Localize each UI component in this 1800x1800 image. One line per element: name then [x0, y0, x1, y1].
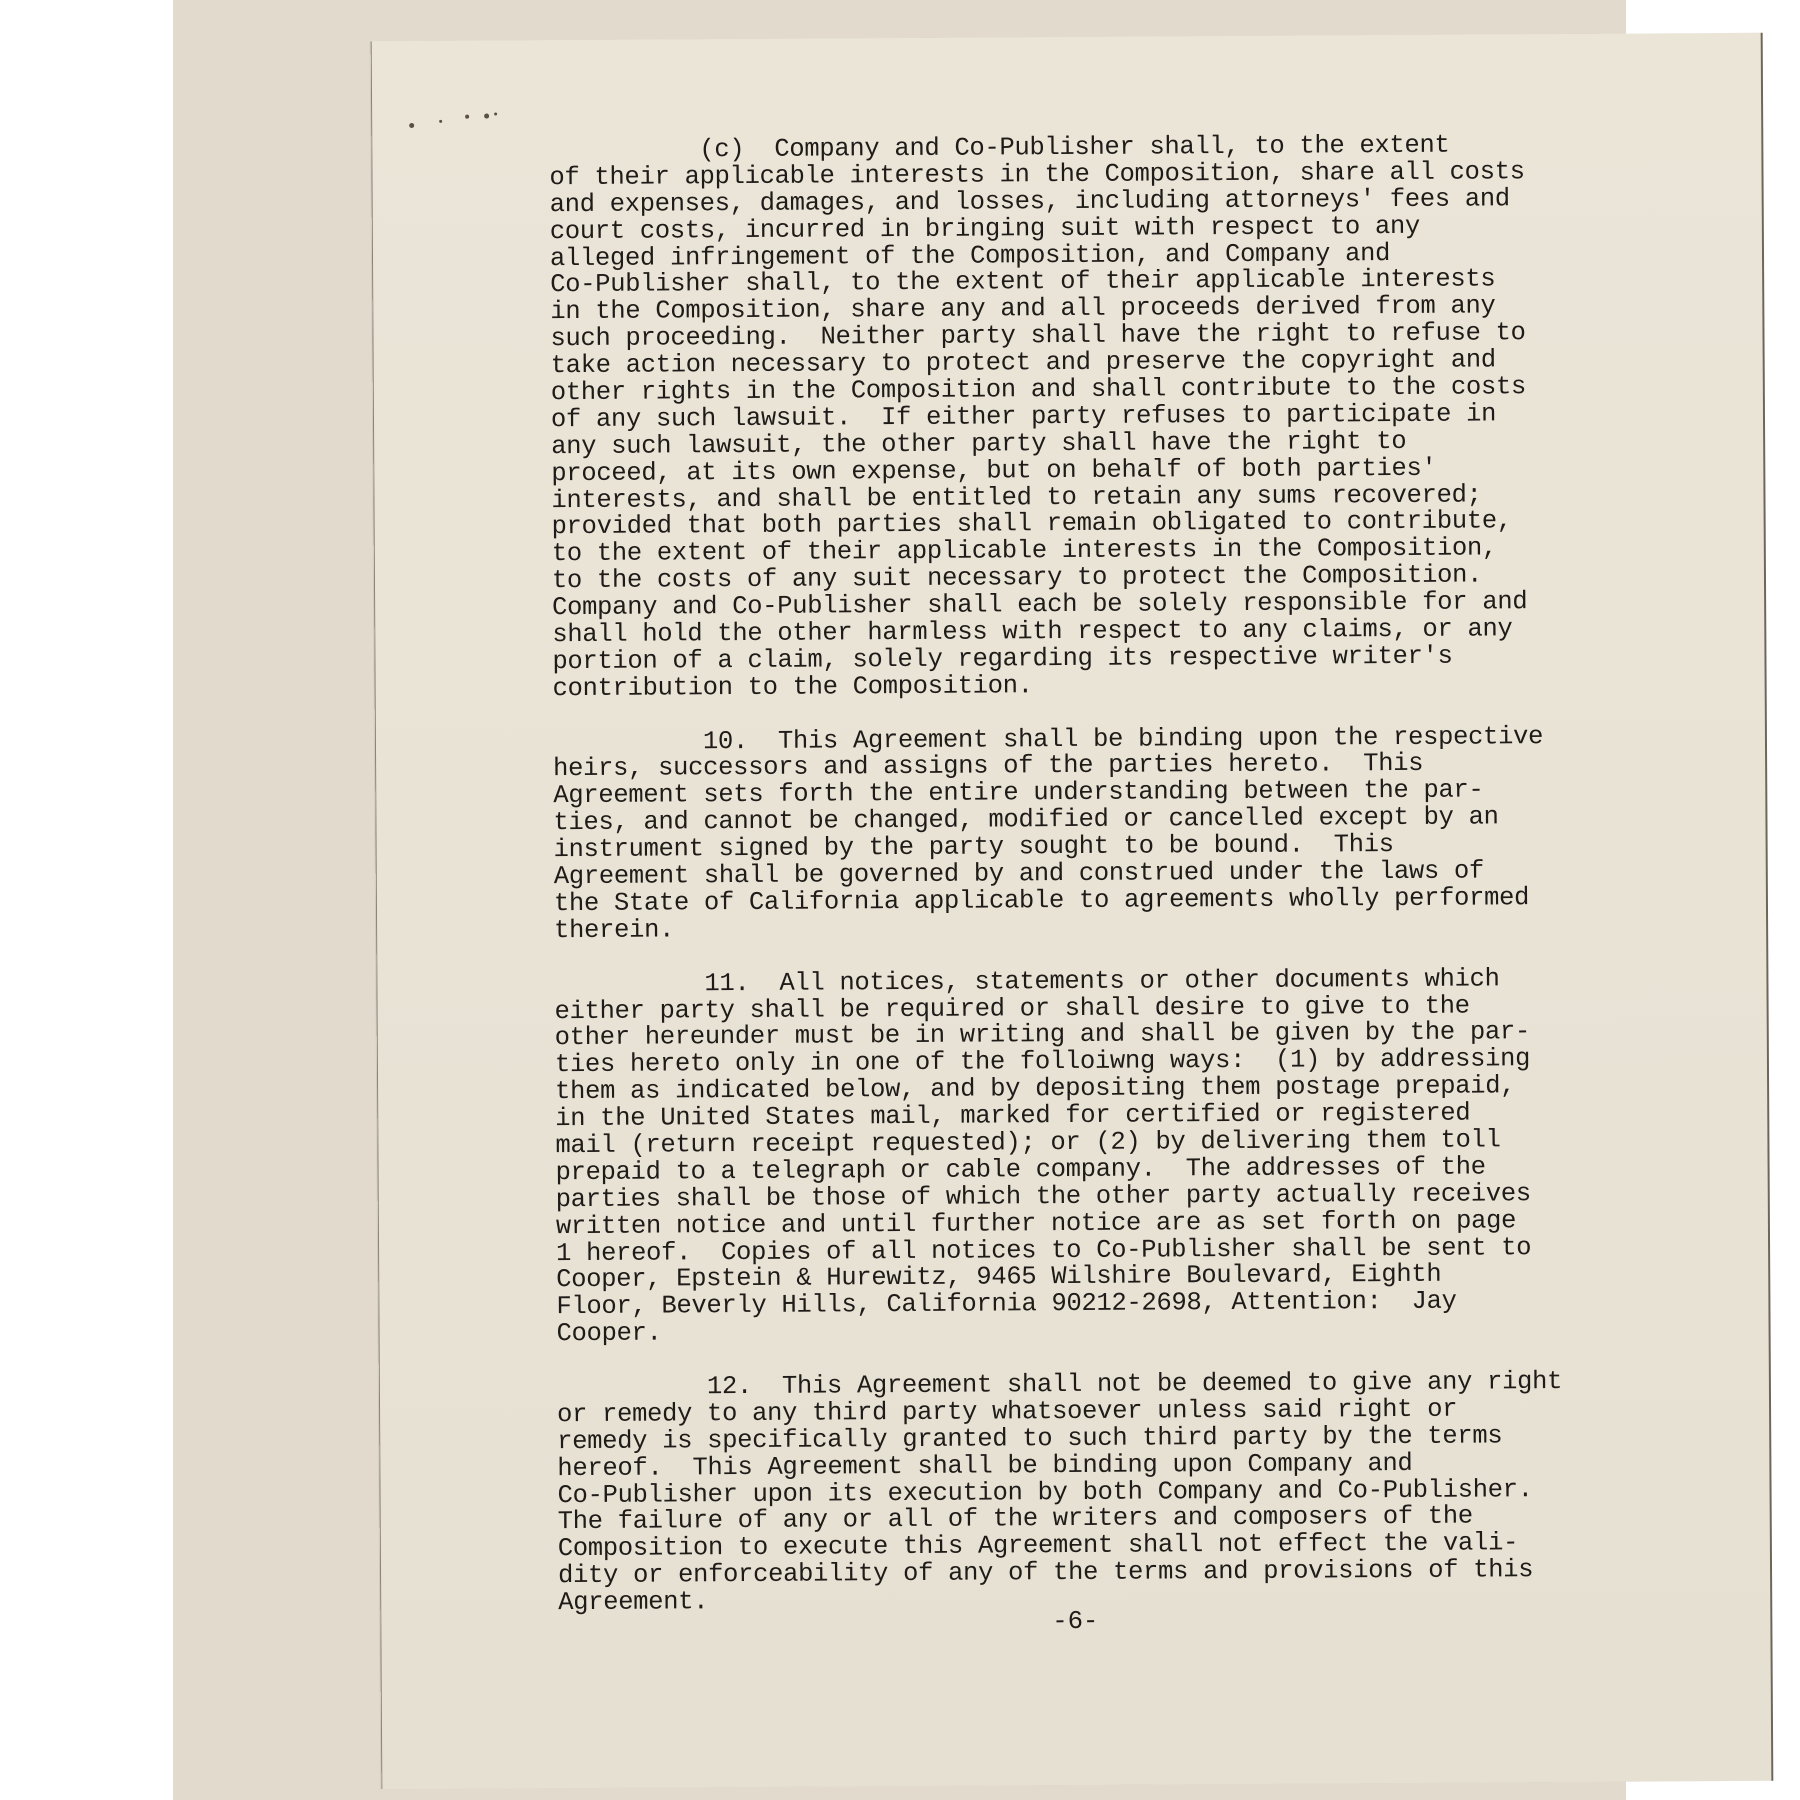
- document-page: (c) Company and Co-Publisher shall, to t…: [371, 33, 1774, 1789]
- punch-hole-icon: [484, 114, 489, 119]
- punch-hole-icon: [439, 120, 442, 123]
- paragraph-11: 11. All notices, statements or other doc…: [554, 965, 1696, 1348]
- paragraph-10: 10. This Agreement shall be binding upon…: [553, 723, 1694, 945]
- backing-board: (c) Company and Co-Publisher shall, to t…: [173, 0, 1626, 1800]
- punch-hole-icon: [494, 112, 497, 115]
- punch-hole-icon: [465, 115, 469, 119]
- document-body: (c) Company and Co-Publisher shall, to t…: [549, 131, 1698, 1644]
- paragraph-c: (c) Company and Co-Publisher shall, to t…: [549, 131, 1692, 703]
- punch-hole-icon: [409, 123, 414, 128]
- text-line: contribution to the Composition.: [553, 669, 1693, 703]
- paragraph-12: 12. This Agreement shall not be deemed t…: [557, 1368, 1698, 1617]
- punch-marks: [401, 110, 521, 131]
